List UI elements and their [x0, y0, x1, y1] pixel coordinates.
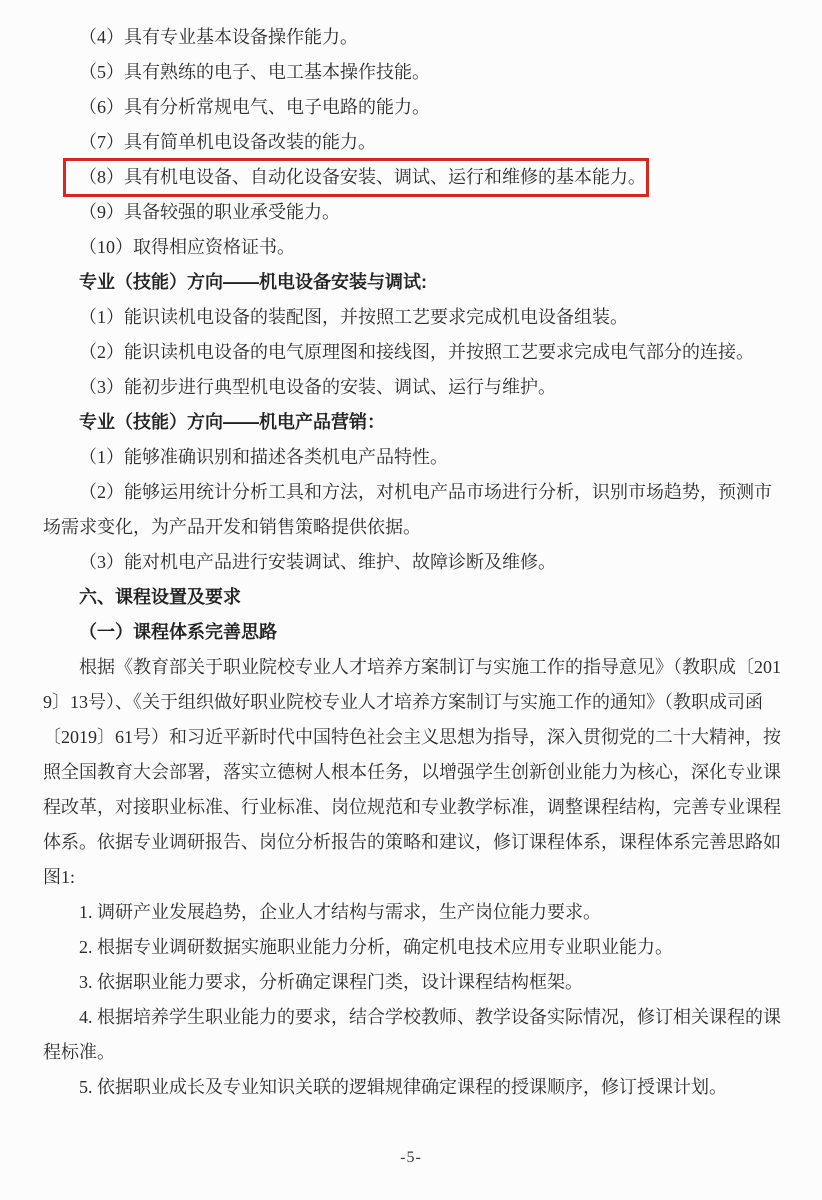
step-item-1: 1. 调研产业发展趋势，企业人才结构与需求，生产岗位能力要求。: [43, 895, 783, 930]
ability-item-5: （5）具有熟练的电子、电工基本操作技能。: [43, 55, 783, 90]
install-item-3: （3）能初步进行典型机电设备的安装、调试、运行与维护。: [43, 370, 783, 405]
section-heading-marketing: 专业（技能）方向——机电产品营销：: [43, 405, 783, 440]
install-item-1: （1）能识读机电设备的装配图，并按照工艺要求完成机电设备组装。: [43, 300, 783, 335]
ability-item-6: （6）具有分析常规电气、电子电路的能力。: [43, 90, 783, 125]
step-item-3: 3. 依据职业能力要求，分析确定课程门类，设计课程结构框架。: [43, 965, 783, 1000]
install-item-2: （2）能识读机电设备的电气原理图和接线图，并按照工艺要求完成电气部分的连接。: [43, 335, 783, 370]
step-item-5: 5. 依据职业成长及专业知识关联的逻辑规律确定课程的授课顺序，修订授课计划。: [43, 1070, 783, 1105]
ability-item-8-text: （8）具有机电设备、自动化设备安装、调试、运行和维修的基本能力。: [79, 167, 646, 187]
page-number: -5-: [0, 1146, 822, 1170]
ability-item-9: （9）具备较强的职业承受能力。: [43, 195, 783, 230]
document-page: （4）具有专业基本设备操作能力。 （5）具有熟练的电子、电工基本操作技能。 （6…: [0, 0, 822, 1200]
ability-item-4: （4）具有专业基本设备操作能力。: [43, 20, 783, 55]
section-heading-install-debug: 专业（技能）方向——机电设备安装与调试:: [43, 265, 783, 300]
step-item-2: 2. 根据专业调研数据实施职业能力分析，确定机电技术应用专业职业能力。: [43, 930, 783, 965]
intro-paragraph: 根据《教育部关于职业院校专业人才培养方案制订与实施工作的指导意见》（教职成〔20…: [43, 650, 783, 895]
marketing-item-1: （1）能够准确识别和描述各类机电产品特性。: [43, 440, 783, 475]
chapter-heading: 六、课程设置及要求: [43, 580, 783, 615]
document-content: （4）具有专业基本设备操作能力。 （5）具有熟练的电子、电工基本操作技能。 （6…: [43, 20, 783, 1105]
step-item-4: 4. 根据培养学生职业能力的要求，结合学校教师、教学设备实际情况，修订相关课程的…: [43, 1000, 783, 1070]
subsection-heading: （一）课程体系完善思路: [43, 615, 783, 650]
marketing-item-3: （3）能对机电产品进行安装调试、维护、故障诊断及维修。: [43, 545, 783, 580]
ability-item-8-highlighted: （8）具有机电设备、自动化设备安装、调试、运行和维修的基本能力。: [43, 160, 783, 195]
ability-item-10: （10）取得相应资格证书。: [43, 230, 783, 265]
ability-item-7: （7）具有简单机电设备改装的能力。: [43, 125, 783, 160]
marketing-item-2: （2）能够运用统计分析工具和方法，对机电产品市场进行分析，识别市场趋势，预测市场…: [43, 475, 783, 545]
